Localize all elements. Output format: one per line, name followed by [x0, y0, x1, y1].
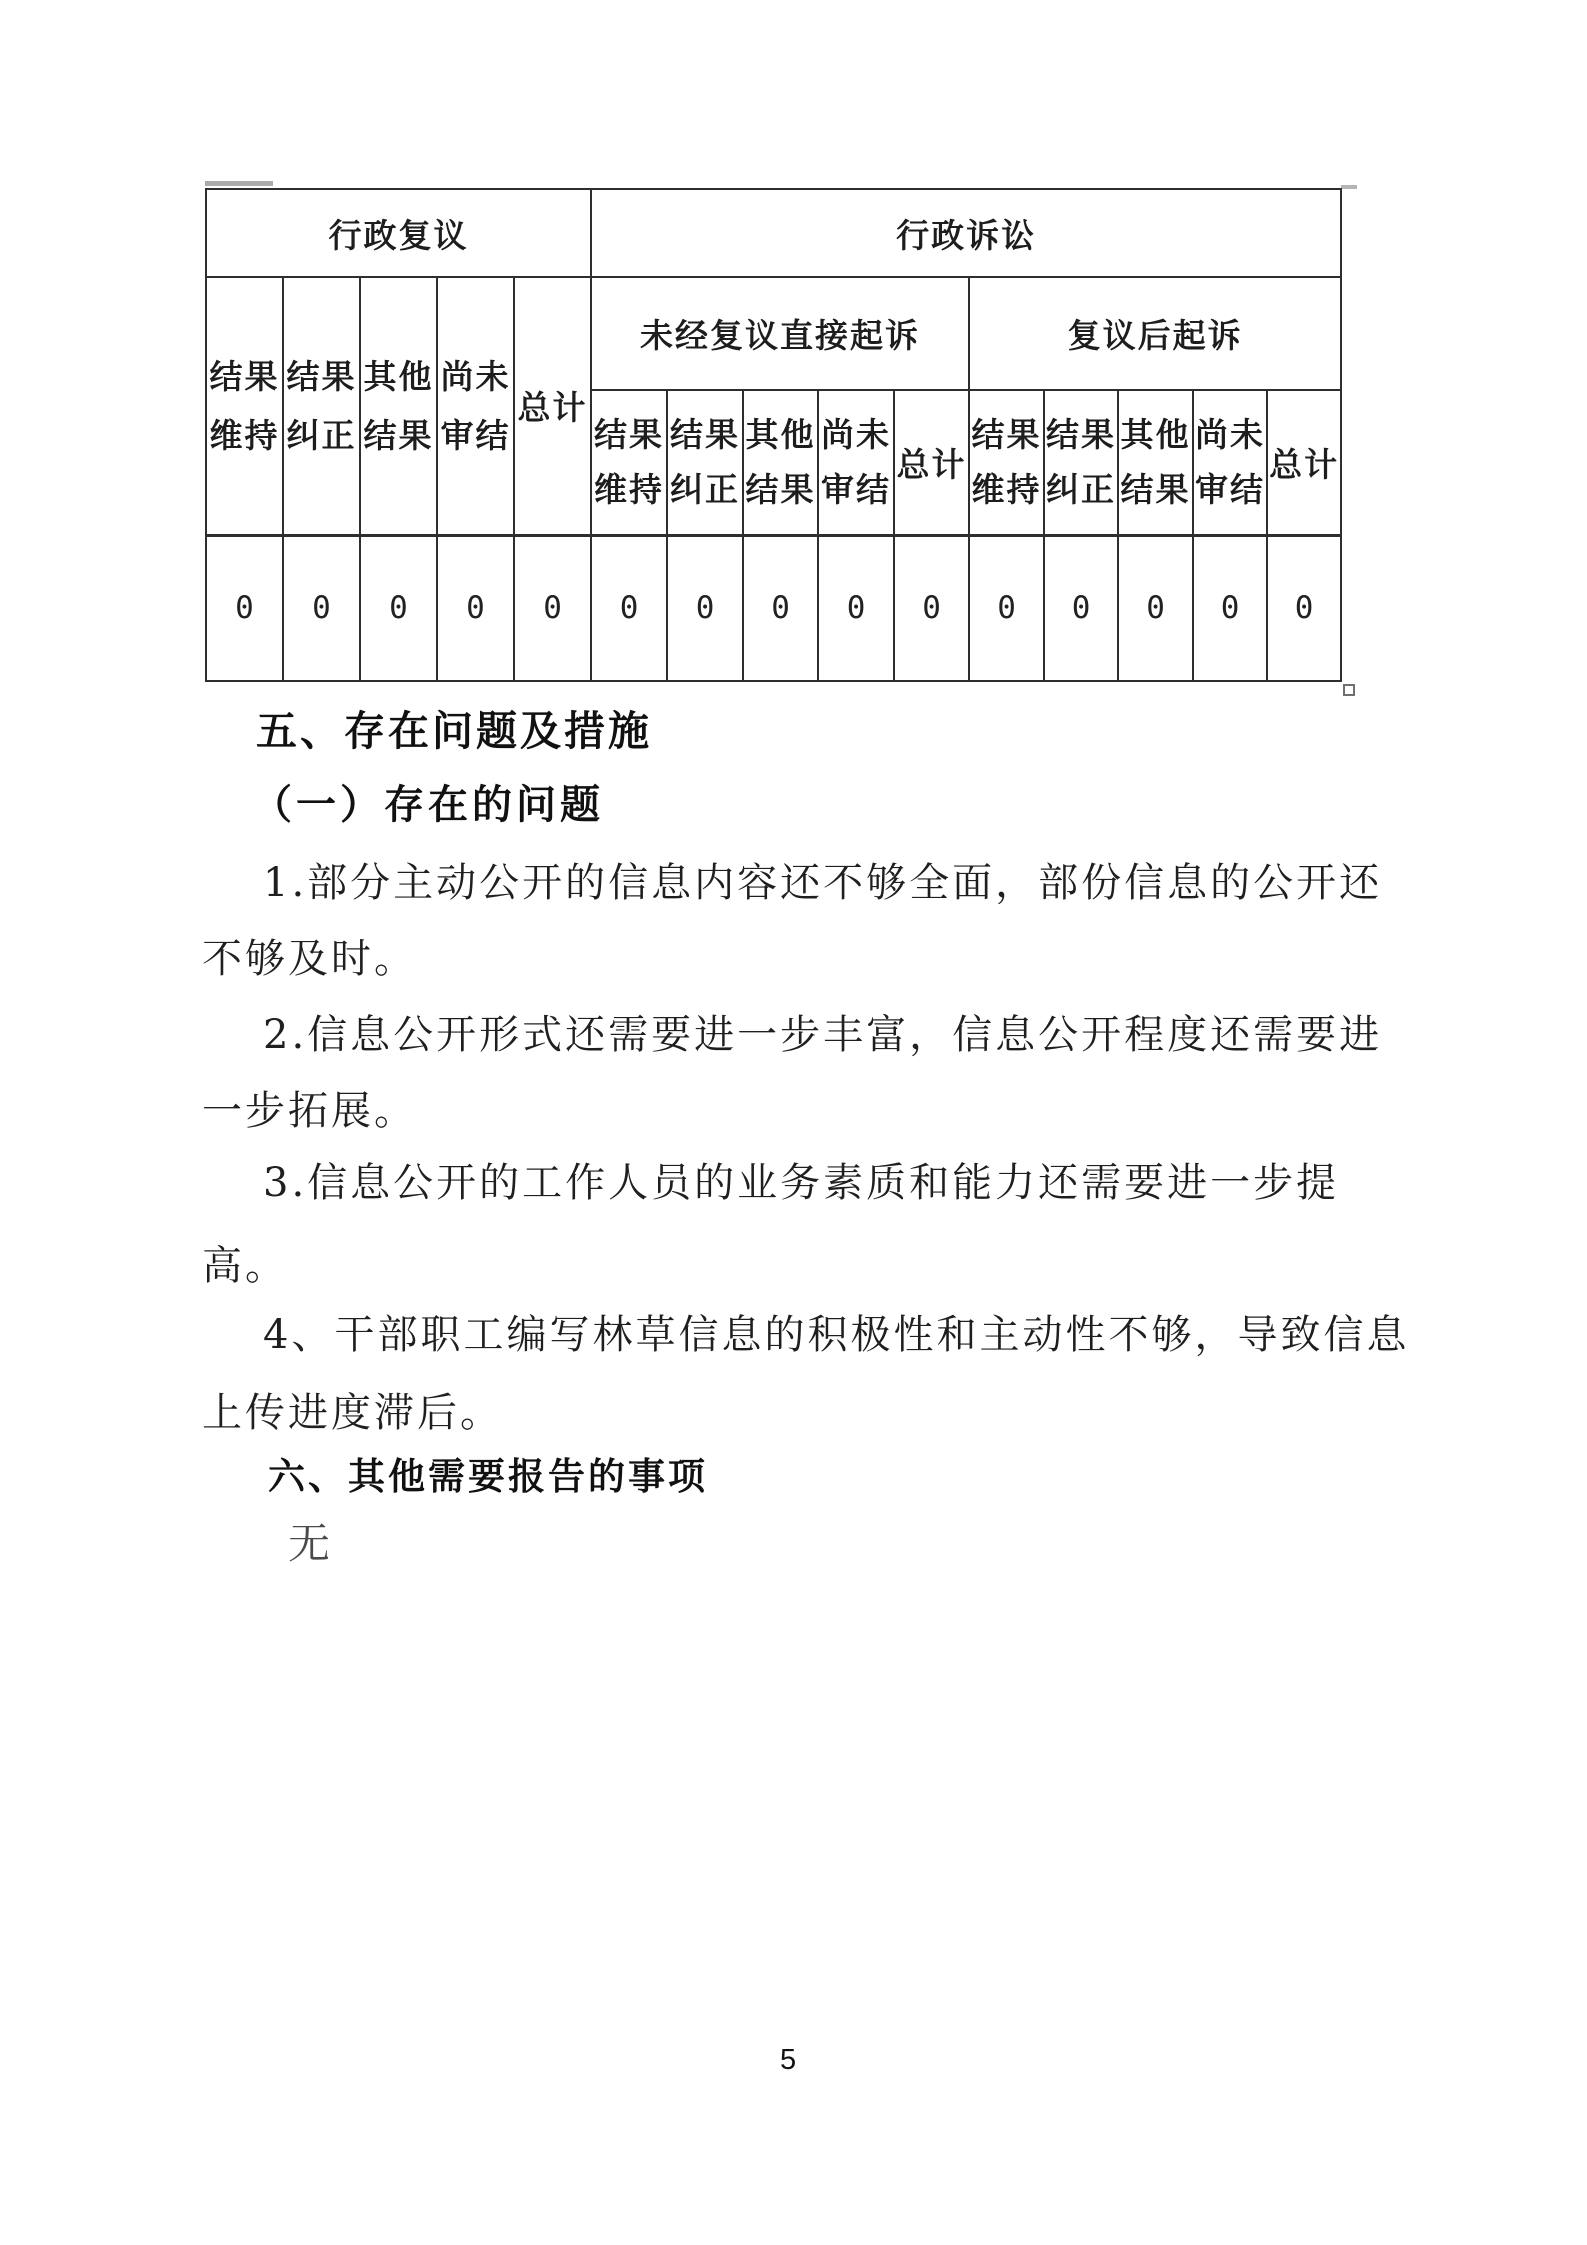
col-total: 总计 — [1267, 390, 1341, 535]
section-6-content: 无 — [288, 1520, 333, 1568]
data-cell: 0 — [206, 535, 283, 681]
page-number: 5 — [780, 2044, 796, 2077]
data-cell: 0 — [1044, 535, 1118, 681]
col-result-upheld: 结果维持 — [206, 277, 283, 535]
col-total: 总计 — [514, 277, 591, 535]
table-handle-top-left — [205, 181, 273, 186]
data-cell: 0 — [969, 535, 1044, 681]
data-cell: 0 — [283, 535, 360, 681]
section-5-heading: 五、存在问题及措施 — [256, 708, 652, 755]
col-result-corrected: 结果纠正 — [1044, 390, 1118, 535]
data-cell: 0 — [1193, 535, 1267, 681]
data-cell: 0 — [514, 535, 591, 681]
problem-2-line-1: 2.信息公开形式还需要进一步丰富，信息公开程度还需要进 — [263, 1012, 1382, 1058]
section-6-heading: 六、其他需要报告的事项 — [268, 1456, 708, 1499]
group-lawsuit-after-review: 复议后起诉 — [969, 277, 1341, 390]
group-direct-lawsuit: 未经复议直接起诉 — [591, 277, 969, 390]
data-cell: 0 — [591, 535, 667, 681]
data-cell: 0 — [360, 535, 437, 681]
litigation-stats-table: 行政复议 行政诉讼 结果维持 结果纠正 其他结果 尚未审结 总计 未经复议直接起… — [205, 188, 1342, 682]
col-pending: 尚未审结 — [818, 390, 894, 535]
col-total: 总计 — [894, 390, 969, 535]
header-administrative-litigation: 行政诉讼 — [591, 189, 1341, 277]
col-result-upheld: 结果维持 — [591, 390, 667, 535]
col-result-upheld: 结果维持 — [969, 390, 1044, 535]
subsection-1-heading: （一）存在的问题 — [252, 782, 604, 828]
data-cell: 0 — [743, 535, 818, 681]
problem-3-line-2: 高。 — [202, 1243, 288, 1289]
col-other-result: 其他结果 — [360, 277, 437, 535]
data-cell: 0 — [1118, 535, 1193, 681]
problem-2-line-2: 一步拓展。 — [202, 1088, 417, 1134]
header-administrative-review: 行政复议 — [206, 189, 591, 277]
problem-4-line-2: 上传进度滞后。 — [202, 1390, 503, 1436]
data-cell: 0 — [894, 535, 969, 681]
col-other-result: 其他结果 — [1118, 390, 1193, 535]
col-result-corrected: 结果纠正 — [667, 390, 743, 535]
data-cell: 0 — [667, 535, 743, 681]
col-pending: 尚未审结 — [1193, 390, 1267, 535]
table-handle-top-right — [1341, 185, 1357, 189]
col-pending: 尚未审结 — [437, 277, 514, 535]
data-cell: 0 — [437, 535, 514, 681]
col-result-corrected: 结果纠正 — [283, 277, 360, 535]
problem-1-line-1: 1.部分主动公开的信息内容还不够全面，部份信息的公开还 — [263, 860, 1382, 906]
table-resize-handle[interactable] — [1343, 684, 1355, 696]
document-page: 行政复议 行政诉讼 结果维持 结果纠正 其他结果 尚未审结 总计 未经复议直接起… — [0, 0, 1587, 2245]
problem-3-line-1: 3.信息公开的工作人员的业务素质和能力还需要进一步提 — [263, 1160, 1339, 1206]
data-cell: 0 — [818, 535, 894, 681]
data-cell: 0 — [1267, 535, 1341, 681]
problem-1-line-2: 不够及时。 — [202, 936, 417, 982]
col-other-result: 其他结果 — [743, 390, 818, 535]
problem-4-line-1: 4、干部职工编写林草信息的积极性和主动性不够，导致信息 — [263, 1312, 1409, 1358]
